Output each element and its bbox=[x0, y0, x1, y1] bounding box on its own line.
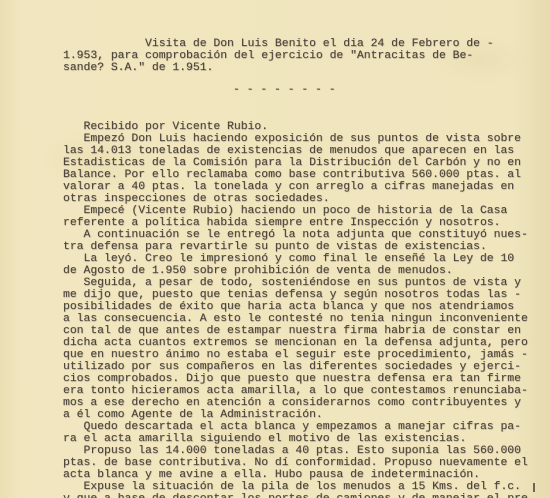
text-line: Visita de Don Luis Benito el dia 24 de F… bbox=[63, 38, 494, 50]
text-line: Recibido por Vicente Rubio. bbox=[63, 121, 528, 133]
text-line: dicha acta cuantos extremos se mencionan… bbox=[63, 337, 528, 349]
text-line: Balance. Por ello reclamaba como base co… bbox=[63, 169, 528, 181]
text-line: Empezó Don Luis haciendo exposición de s… bbox=[63, 133, 528, 145]
document-header: Visita de Don Luis Benito el dia 24 de F… bbox=[63, 38, 494, 74]
text-line: acta blanca y me avine a ella. Hubo paus… bbox=[63, 469, 528, 481]
text-line: y que a base de descontar los portes de … bbox=[63, 493, 528, 498]
text-line: a él como Agente de la Administración. bbox=[63, 409, 528, 421]
text-line: ptas. de base contributiva. No dí confor… bbox=[63, 457, 528, 469]
text-line: de Agosto de 1.950 sobre prohibición de … bbox=[63, 265, 528, 277]
document-page: Visita de Don Luis Benito el dia 24 de F… bbox=[0, 0, 550, 498]
text-line: Quedo descartada el acta blanca y empeza… bbox=[63, 421, 528, 433]
text-line: utilizado por sus compañeros en las dife… bbox=[63, 361, 528, 373]
text-line: ra el acta amarilla siguiendo el motivo … bbox=[63, 433, 528, 445]
text-line: posibilidades de éxito que haria acta bl… bbox=[63, 301, 528, 313]
stray-ink-mark bbox=[533, 483, 535, 492]
text-line: 1.953, para comprobación del ejercicio d… bbox=[63, 50, 494, 62]
text-line: referente a política habida siempre entr… bbox=[63, 217, 528, 229]
text-line: cios comprobados. Dijo que puesto que nu… bbox=[63, 373, 528, 385]
text-line: con tal de que antes de estampar nuestra… bbox=[63, 325, 528, 337]
text-line: valorar a 40 ptas. la tonelada y con arr… bbox=[63, 181, 528, 193]
text-line: Seguida, a pesar de todo, sosteniéndose … bbox=[63, 277, 528, 289]
text-line: mos a ese derecho en atención a consider… bbox=[63, 397, 528, 409]
text-line: era tonto hicieramos acta amarilla, a lo… bbox=[63, 385, 528, 397]
text-line: Expuse la situación de la pila de los me… bbox=[63, 481, 528, 493]
text-line: otras inspecciones de otras sociedades. bbox=[63, 193, 528, 205]
text-line: La leyó. Creo le impresionó y como final… bbox=[63, 253, 528, 265]
text-line: A continuación se le entregó la nota adj… bbox=[63, 229, 528, 241]
text-line: Propuso las 14.000 toneladas a 40 ptas. … bbox=[63, 445, 528, 457]
text-line: Estadisticas de la Comisión para la Dist… bbox=[63, 157, 528, 169]
text-line: sande? S.A." de 1.951. bbox=[63, 62, 494, 74]
text-line: las 14.013 toneladas de existencias de m… bbox=[63, 145, 528, 157]
text-line: a las consecuencia. A esto le contesté n… bbox=[63, 313, 528, 325]
text-line: Empecé (Vicente Rubio) haciendo un poco … bbox=[63, 205, 528, 217]
text-line: que en nuestro ánimo no estaba el seguir… bbox=[63, 349, 528, 361]
text-line: me dijo que, puesto que tenias defensa y… bbox=[63, 289, 528, 301]
dashed-separator: - - - - - - - - bbox=[233, 84, 336, 96]
document-body: Recibido por Vicente Rubio. Empezó Don L… bbox=[63, 121, 528, 498]
text-line: tra defensa para revartirle su punto de … bbox=[63, 241, 528, 253]
